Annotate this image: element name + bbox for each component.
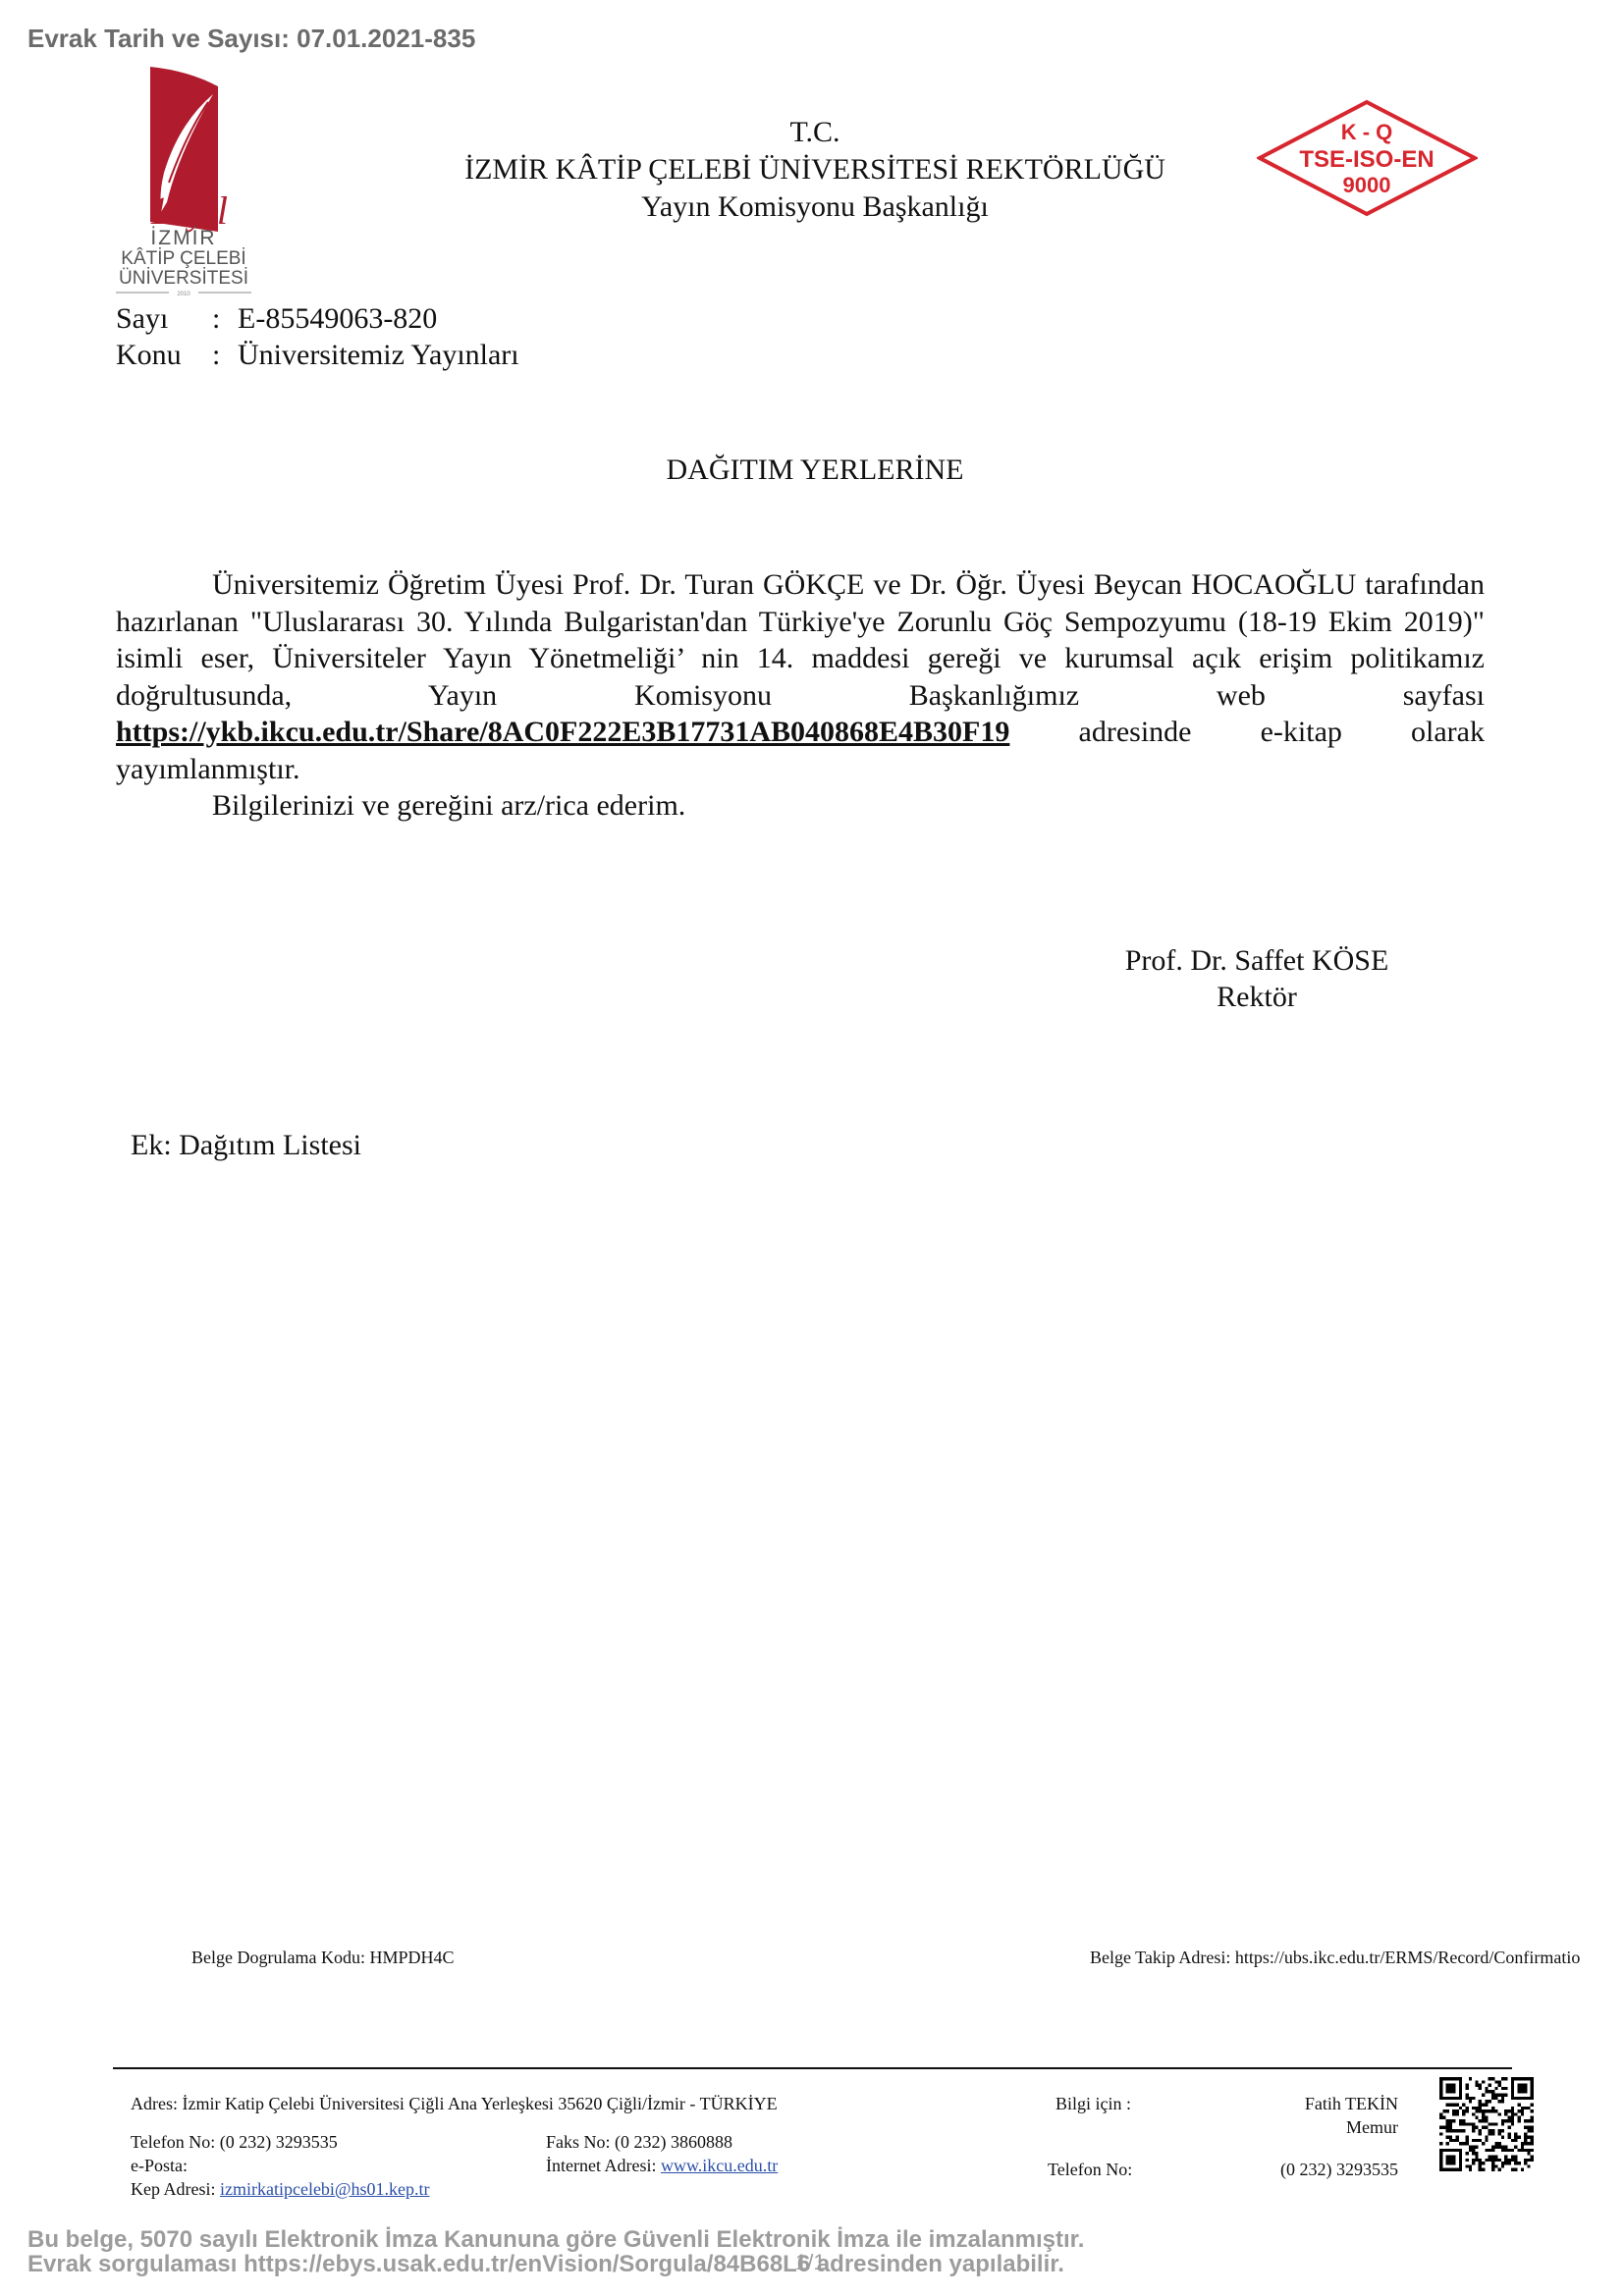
- svg-text:9000: 9000: [1343, 173, 1391, 197]
- tracking-address: Belge Takip Adresi: https://ubs.ikc.edu.…: [1090, 1948, 1580, 1968]
- ebook-link[interactable]: https://ykb.ikcu.edu.tr/Share/8AC0F222E3…: [116, 716, 1009, 748]
- konu-label: Konu: [116, 339, 212, 372]
- web-label: İnternet Adresi:: [546, 2156, 661, 2175]
- contact-name: Fatih TEKİN: [1178, 2094, 1398, 2114]
- contact-title: Memur: [1178, 2117, 1398, 2138]
- attachment-note: Ek: Dağıtım Listesi: [131, 1129, 361, 1162]
- footer-fax: Faks No: (0 232) 3860888: [546, 2132, 732, 2153]
- kep-link[interactable]: izmirkatipcelebi@hs01.kep.tr: [220, 2179, 430, 2199]
- verification-code: Belge Dogrulama Kodu: HMPDH4C: [191, 1948, 454, 1968]
- university-logo: 10yıl İZMİR KÂTİP ÇELEBİ ÜNİVERSİTESİ 20…: [110, 65, 257, 296]
- body-text: Üniversitemiz Öğretim Üyesi Prof. Dr. Tu…: [116, 568, 1485, 712]
- document-subject: Konu:Üniversitemiz Yayınları: [116, 339, 519, 372]
- konu-value: Üniversitemiz Yayınları: [238, 339, 519, 371]
- contact-phone: (0 232) 3293535: [1178, 2160, 1398, 2180]
- svg-text:2010: 2010: [177, 292, 190, 296]
- header-tc: T.C.: [373, 116, 1257, 149]
- document-number: Sayı:E-85549063-820: [116, 302, 437, 336]
- page-number: 1/1: [795, 2250, 826, 2275]
- letter-body: Üniversitemiz Öğretim Üyesi Prof. Dr. Tu…: [116, 566, 1485, 825]
- qr-code-graphic: [1439, 2077, 1534, 2171]
- kep-label: Kep Adresi:: [131, 2179, 220, 2199]
- tse-iso-badge: K - Q TSE-ISO-EN 9000: [1257, 98, 1478, 218]
- footer-phone: Telefon No: (0 232) 3293535: [131, 2132, 338, 2153]
- web-link[interactable]: www.ikcu.edu.tr: [661, 2156, 778, 2175]
- document-query-notice: Evrak sorgulaması https://ebys.usak.edu.…: [27, 2251, 1064, 2278]
- e-signature-notice: Bu belge, 5070 sayılı Elektronik İmza Ka…: [27, 2226, 1084, 2254]
- tse-iso-diamond-badge-icon: K - Q TSE-ISO-EN 9000: [1257, 98, 1478, 218]
- signature-block: Prof. Dr. Saffet KÖSE Rektör: [1060, 942, 1453, 1015]
- svg-text:KÂTİP ÇELEBİ: KÂTİP ÇELEBİ: [121, 247, 245, 269]
- separator: :: [212, 302, 238, 336]
- svg-text:İZMİR: İZMİR: [150, 227, 216, 249]
- signer-name: Prof. Dr. Saffet KÖSE: [1060, 942, 1453, 979]
- footer-email-label: e-Posta:: [131, 2156, 188, 2176]
- separator: :: [212, 339, 238, 372]
- body-paragraph-1: Üniversitemiz Öğretim Üyesi Prof. Dr. Tu…: [116, 566, 1485, 787]
- qr-code-icon: [1439, 2077, 1534, 2171]
- addressee: DAĞITIM YERLERİNE: [373, 454, 1257, 487]
- body-paragraph-2: Bilgilerinizi ve gereğini arz/rica ederi…: [116, 787, 1485, 825]
- contact-phone-label: Telefon No:: [1048, 2160, 1132, 2180]
- header-institution: İZMİR KÂTİP ÇELEBİ ÜNİVERSİTESİ REKTÖRLÜ…: [373, 153, 1257, 187]
- info-label: Bilgi için :: [1056, 2094, 1131, 2114]
- footer-kep: Kep Adresi: izmirkatipcelebi@hs01.kep.tr: [131, 2179, 430, 2200]
- sayi-value: E-85549063-820: [238, 302, 437, 335]
- sayi-label: Sayı: [116, 302, 212, 336]
- footer-divider: [113, 2067, 1512, 2069]
- footer-address: Adres: İzmir Katip Çelebi Üniversitesi Ç…: [131, 2094, 778, 2114]
- svg-text:TSE-ISO-EN: TSE-ISO-EN: [1299, 146, 1434, 173]
- footer-web: İnternet Adresi: www.ikcu.edu.tr: [546, 2156, 778, 2176]
- header-unit: Yayın Komisyonu Başkanlığı: [373, 190, 1257, 224]
- document-date-number: Evrak Tarih ve Sayısı: 07.01.2021-835: [27, 24, 475, 54]
- signer-title: Rektör: [1060, 979, 1453, 1015]
- university-quill-logo-icon: 10yıl İZMİR KÂTİP ÇELEBİ ÜNİVERSİTESİ 20…: [110, 65, 257, 296]
- svg-text:K - Q: K - Q: [1341, 120, 1393, 144]
- svg-text:ÜNİVERSİTESİ: ÜNİVERSİTESİ: [119, 268, 248, 289]
